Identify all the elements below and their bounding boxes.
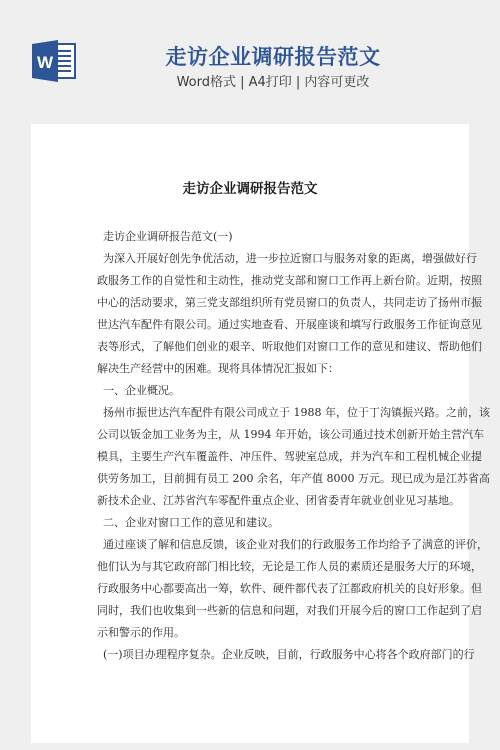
paragraph-line: 示和警示的作用。 <box>97 622 406 644</box>
paragraph-line: 扬州市振世达汽车配件有限公司成立于 1988 年，位于丁沟镇振兴路。之前，该 <box>97 402 406 424</box>
paragraph-line: 为深入开展好创先争优活动，进一步拉近窗口与服务对象的距离，增强做好行 <box>97 248 406 270</box>
document-title: 走访企业调研报告范文 <box>31 180 469 198</box>
paragraph-line: 模具，主要生产汽车覆盖件、冲压件、驾驶室总成，并为汽车和工程机械企业提 <box>97 446 406 468</box>
paragraph-line: 新技术企业、江苏省汽车零配件重点企业、团省委青年就业创业见习基地。 <box>97 490 406 512</box>
header-subtitle: Word格式 | A4打印 | 内容可更改 <box>0 74 500 92</box>
paragraph-line: 供劳务加工，目前拥有员工 200 余名，年产值 8000 万元。现已成为是江苏省… <box>97 468 406 490</box>
paragraph-line: 表等形式，了解他们创业的艰辛、听取他们对窗口工作的意见和建议、帮助他们 <box>97 336 406 358</box>
paragraph-line: 通过座谈了解和信息反馈，该企业对我们的行政服务工作均给予了满意的评价， <box>97 534 406 556</box>
paragraph-line: 走访企业调研报告范文(一) <box>97 226 406 248</box>
paragraph-line: 解决生产经营中的困难。现将具体情况汇报如下： <box>97 358 406 380</box>
paragraph-line: 二、企业对窗口工作的意见和建议。 <box>97 512 406 534</box>
paragraph-line: 行政服务中心都要高出一筹，软件、硬件都代表了江都政府机关的良好形象。但 <box>97 578 406 600</box>
paragraph-line: 政服务工作的自觉性和主动性，推动党支部和窗口工作再上新台阶。近期，按照 <box>97 270 406 292</box>
header-banner: W 走访企业调研报告范文 Word格式 | A4打印 | 内容可更改 <box>0 0 500 124</box>
paragraph-line: 一、企业概况。 <box>97 380 406 402</box>
header-title: 走访企业调研报告范文 <box>0 44 500 70</box>
paragraph-line: 公司以钣金加工业务为主，从 1994 年开始，该公司通过技术创新开始主营汽车 <box>97 424 406 446</box>
paragraph-line: 世达汽车配件有限公司。通过实地查看、开展座谈和填写行政服务工作征询意见 <box>97 314 406 336</box>
paragraph-line: 同时，我们也收集到一些新的信息和问题，对我们开展今后的窗口工作起到了启 <box>97 600 406 622</box>
paragraph-line: (一)项目办理程序复杂。企业反映，目前，行政服务中心将各个政府部门的行 <box>97 644 406 666</box>
paragraph-line: 他们认为与其它政府部门相比较，无论是工作人员的素质还是服务大厅的环境， <box>97 556 406 578</box>
paragraph-line: 中心的活动要求，第三党支部组织所有党员窗口的负责人，共同走访了扬州市振 <box>97 292 406 314</box>
document-page: 走访企业调研报告范文 走访企业调研报告范文(一)为深入开展好创先争优活动，进一步… <box>31 124 469 743</box>
document-body: 走访企业调研报告范文(一)为深入开展好创先争优活动，进一步拉近窗口与服务对象的距… <box>97 226 406 666</box>
